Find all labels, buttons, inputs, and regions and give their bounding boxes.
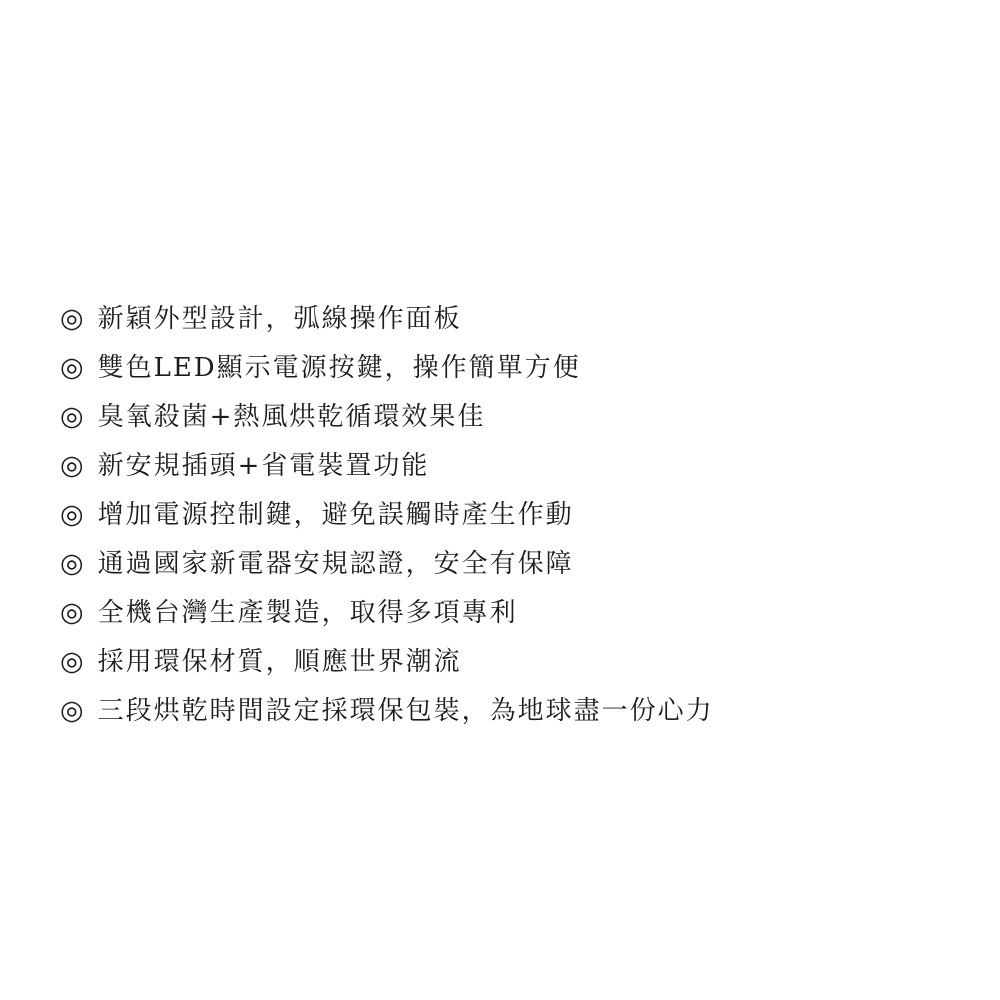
feature-text: 雙色LED顯示電源按鍵，操作簡單方便 [98,355,581,381]
feature-item: ◎增加電源控制鍵，避免誤觸時產生作動 [60,490,940,539]
feature-item: ◎採用環保材質，順應世界潮流 [60,637,940,686]
double-circle-bullet-icon: ◎ [60,648,84,675]
feature-item: ◎三段烘乾時間設定採環保包裝，為地球盡一份心力 [60,686,940,735]
feature-text: 臭氧殺菌+熱風烘乾循環效果佳 [98,404,486,430]
product-feature-page: ◎新穎外型設計，弧線操作面板◎雙色LED顯示電源按鍵，操作簡單方便◎臭氧殺菌+熱… [0,0,1000,1000]
feature-item: ◎臭氧殺菌+熱風烘乾循環效果佳 [60,392,940,441]
feature-list: ◎新穎外型設計，弧線操作面板◎雙色LED顯示電源按鍵，操作簡單方便◎臭氧殺菌+熱… [60,294,940,735]
feature-text: 全機台灣生產製造，取得多項專利 [98,600,518,626]
double-circle-bullet-icon: ◎ [60,305,84,332]
double-circle-bullet-icon: ◎ [60,599,84,626]
double-circle-bullet-icon: ◎ [60,697,84,724]
double-circle-bullet-icon: ◎ [60,501,84,528]
feature-text: 增加電源控制鍵，避免誤觸時產生作動 [98,502,574,528]
feature-item: ◎新穎外型設計，弧線操作面板 [60,294,940,343]
feature-text: 三段烘乾時間設定採環保包裝，為地球盡一份心力 [98,698,714,724]
double-circle-bullet-icon: ◎ [60,354,84,381]
double-circle-bullet-icon: ◎ [60,452,84,479]
feature-item: ◎通過國家新電器安規認證，安全有保障 [60,539,940,588]
feature-item: ◎全機台灣生產製造，取得多項專利 [60,588,940,637]
feature-text: 新穎外型設計，弧線操作面板 [98,306,462,332]
double-circle-bullet-icon: ◎ [60,550,84,577]
feature-item: ◎新安規插頭+省電裝置功能 [60,441,940,490]
feature-text: 通過國家新電器安規認證，安全有保障 [98,551,574,577]
feature-item: ◎雙色LED顯示電源按鍵，操作簡單方便 [60,343,940,392]
feature-text: 新安規插頭+省電裝置功能 [98,453,430,479]
feature-text: 採用環保材質，順應世界潮流 [98,649,462,675]
double-circle-bullet-icon: ◎ [60,403,84,430]
